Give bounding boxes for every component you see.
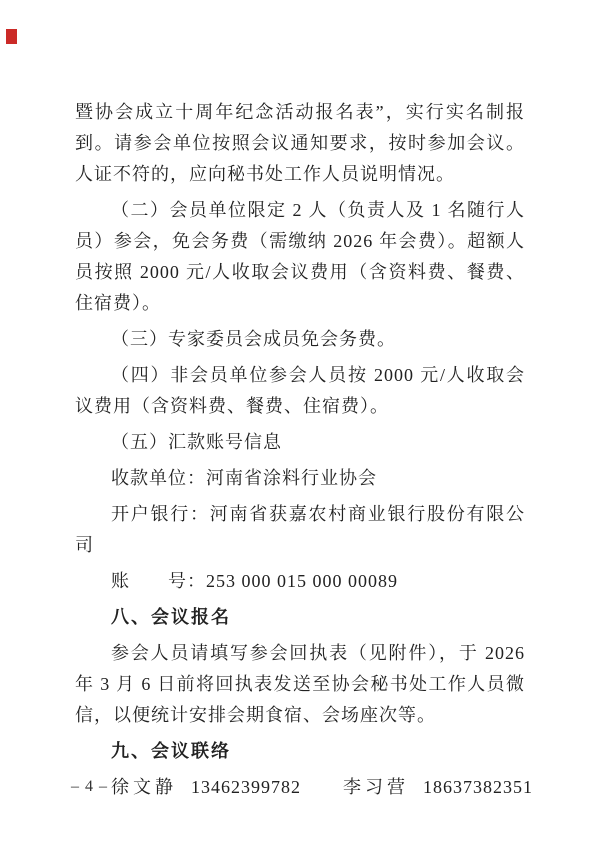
contact-phone: 13462399782	[191, 772, 301, 803]
contact-name: 徐文静	[111, 772, 177, 803]
item-member-quota-fee: （二）会员单位限定 2 人（负责人及 1 名随行人员）参会，免会务费（需缴纳 2…	[75, 195, 525, 319]
contact-phone: 18637382351	[423, 772, 533, 803]
para-signup-instructions: 参会人员请填写参会回执表（见附件），于 2026 年 3 月 6 日前将回执表发…	[75, 638, 525, 731]
item-expert-committee-fee: （三）专家委员会成员免会务费。	[75, 324, 525, 355]
page-number: – 4 –	[71, 778, 108, 796]
item-remittance-info: （五）汇款账号信息	[75, 427, 525, 458]
line-account-number: 账 号：253 000 015 000 00089	[75, 566, 525, 597]
line-payee: 收款单位：河南省涂料行业协会	[75, 463, 525, 494]
document-page: 暨协会成立十周年纪念活动报名表”，实行实名制报到。请参会单位按照会议通知要求，按…	[75, 0, 525, 803]
heading-meeting-signup: 八、会议报名	[75, 602, 525, 633]
contact-name: 李习营	[343, 772, 409, 803]
contact-row: 徐文静 13462399782 李习营 18637382351	[75, 772, 525, 803]
item-non-member-fee: （四）非会员单位参会人员按 2000 元/人收取会议费用（含资料费、餐费、住宿费…	[75, 360, 525, 422]
line-bank: 开户银行：河南省获嘉农村商业银行股份有限公司	[75, 499, 525, 561]
red-stamp-mark	[6, 29, 17, 44]
para-registration-continued: 暨协会成立十周年纪念活动报名表”，实行实名制报到。请参会单位按照会议通知要求，按…	[75, 97, 525, 190]
contact-item: 徐文静 13462399782	[111, 772, 301, 803]
contact-item: 李习营 18637382351	[343, 772, 533, 803]
heading-meeting-contacts: 九、会议联络	[75, 736, 525, 767]
